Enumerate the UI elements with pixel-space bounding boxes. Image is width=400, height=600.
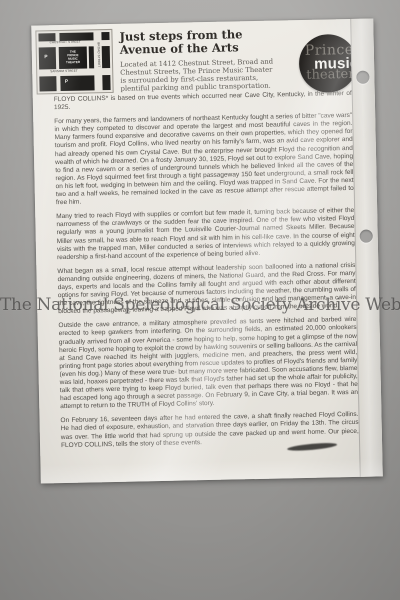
map-street-chestnut-label: CHESTNUT STREET (50, 41, 81, 45)
parking-marker: P (65, 79, 68, 84)
map-venue-label: THE PRINCE MUSIC THEATER (66, 51, 80, 65)
paragraph-skeets-miller: Many tried to reach Floyd with supplies … (56, 207, 355, 262)
map-city-block (102, 75, 110, 90)
flyer-body: FLOYD COLLINS* is based on true events w… (54, 90, 359, 456)
map-city-block (39, 76, 56, 91)
parking-marker: P (44, 55, 47, 60)
paragraph-carnival: Outside the cave entrance, a military at… (58, 316, 358, 411)
flyer-title: Just steps from the Avenue of the Arts (119, 27, 280, 56)
paragraph-cave-wars: For many years, the farmers and landowne… (54, 112, 354, 207)
map-street-sansom-label: SANSOM STREET (50, 70, 78, 74)
map-city-block: P (60, 75, 94, 91)
map-city-block: P (39, 47, 56, 69)
paragraph-synopsis-intro: FLOYD COLLINS* is based on true events w… (54, 90, 352, 112)
binder-hole-middle (360, 230, 373, 243)
venue-map: CHESTNUT STREET P THE PRINCE MUSIC THEAT… (35, 29, 113, 95)
map-city-block (102, 46, 110, 68)
map-street-broad-label: BROAD STREET (97, 42, 101, 67)
map-city-block (89, 46, 94, 68)
document-sleeve: CHESTNUT STREET P THE PRINCE MUSIC THEAT… (31, 18, 383, 483)
map-city-block (101, 32, 109, 40)
logo-line-theater: theater (306, 67, 354, 83)
map-venue-block: THE PRINCE MUSIC THEATER (59, 46, 87, 69)
flyer-title-line2: Avenue of the Arts (120, 40, 280, 56)
prince-music-theater-logo: Prince music theater (298, 34, 357, 93)
photo-background: CHESTNUT STREET P THE PRINCE MUSIC THEAT… (0, 0, 400, 600)
watermark-text: The National Speleological Society Archi… (0, 295, 400, 315)
flyer-intro: Located at 1412 Chestnut Street, Broad a… (120, 58, 275, 93)
binder-hole-top (356, 71, 369, 84)
